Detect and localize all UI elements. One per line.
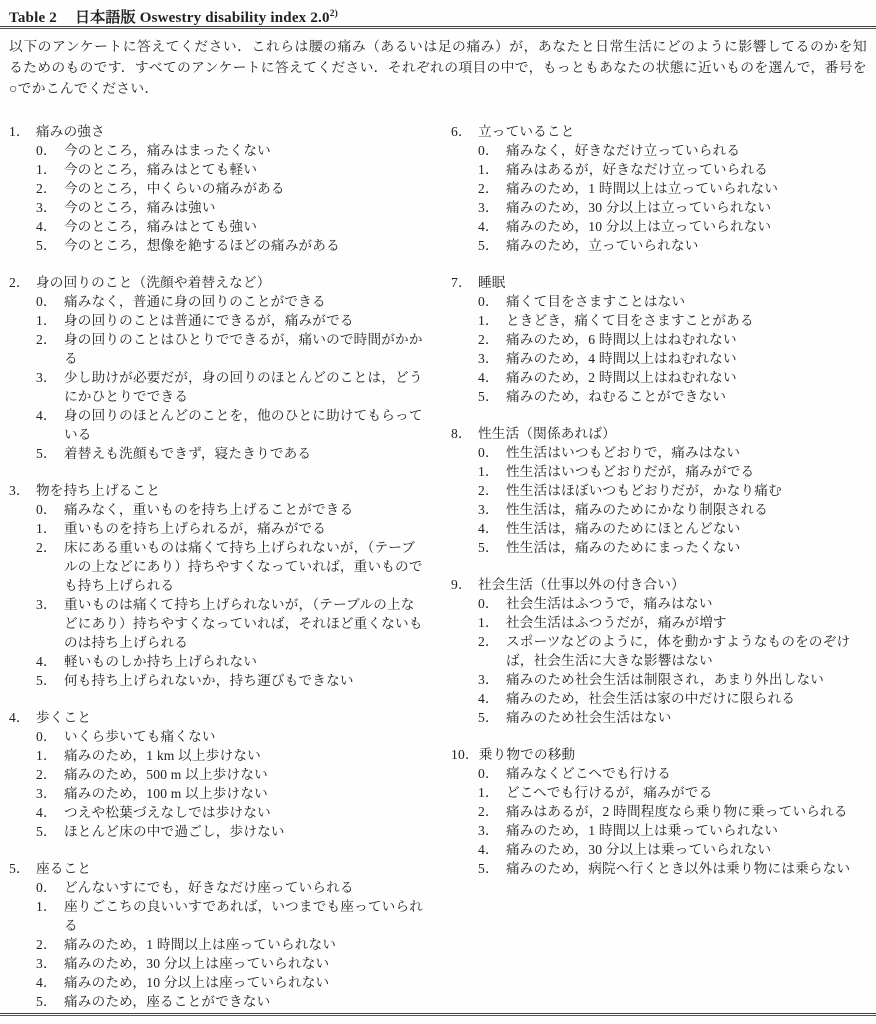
- option-number: 4．: [478, 217, 506, 236]
- option-text: どんないすにでも，好きなだけ座っていられる: [64, 878, 425, 897]
- answer-option: 2．スポーツなどのように，体を動かすようなものをのぞけば，社会生活に大きな影響は…: [451, 632, 867, 670]
- option-number: 3．: [36, 595, 64, 652]
- section-title: 性生活（関係あれば）: [478, 424, 616, 443]
- option-number: 4．: [478, 689, 506, 708]
- option-number: 4．: [478, 840, 506, 859]
- option-number: 0．: [478, 292, 506, 311]
- option-text: 痛みのため，10 分以上は立っていられない: [506, 217, 867, 236]
- option-number: 5．: [36, 671, 64, 690]
- question-section: 9．社会生活（仕事以外の付き合い）0．社会生活はふつうで，痛みはない1．社会生活…: [451, 575, 867, 727]
- option-text: 床にある重いものは痛くて持ち上げられないが，（テーブルの上などにあり）持ちやすく…: [64, 538, 425, 595]
- section-number: 8．: [451, 424, 478, 443]
- option-number: 3．: [478, 670, 506, 689]
- option-text: 痛みはあるが，2 時間程度なら乗り物に乗っていられる: [506, 802, 867, 821]
- answer-option: 3．痛みのため，4 時間以上はねむれない: [451, 349, 867, 368]
- answer-option: 5．何も持ち上げられないか，持ち運びもできない: [9, 671, 425, 690]
- answer-option: 3．痛みのため社会生活は制限され，あまり外出しない: [451, 670, 867, 689]
- answer-option: 0．どんないすにでも，好きなだけ座っていられる: [9, 878, 425, 897]
- option-text: いくら歩いても痛くない: [64, 727, 425, 746]
- answer-option: 1．今のところ，痛みはとても軽い: [9, 160, 425, 179]
- left-column: 1．痛みの強さ0．今のところ，痛みはまったくない1．今のところ，痛みはとても軽い…: [9, 122, 425, 1011]
- option-number: 4．: [478, 368, 506, 387]
- bottom-rule: [0, 1013, 876, 1016]
- section-header: 2．身の回りのこと（洗顔や着替えなど）: [9, 273, 425, 292]
- answer-option: 1．痛みはあるが，好きなだけ立っていられる: [451, 160, 867, 179]
- option-text: スポーツなどのように，体を動かすようなものをのぞけば，社会生活に大きな影響はない: [506, 632, 867, 670]
- option-number: 1．: [36, 160, 64, 179]
- option-number: 1．: [36, 746, 64, 765]
- answer-option: 1．重いものを持ち上げられるが，痛みがでる: [9, 519, 425, 538]
- option-number: 3．: [478, 349, 506, 368]
- option-text: 痛みのため，4 時間以上はねむれない: [506, 349, 867, 368]
- option-text: 今のところ，想像を絶するほどの痛みがある: [64, 236, 425, 255]
- option-text: 痛みなくどこへでも行ける: [506, 764, 867, 783]
- option-text: 痛みのため，1 時間以上は乗っていられない: [506, 821, 867, 840]
- option-number: 1．: [36, 311, 64, 330]
- section-title: 睡眠: [478, 273, 506, 292]
- option-number: 0．: [36, 878, 64, 897]
- option-number: 0．: [36, 727, 64, 746]
- answer-option: 4．性生活は，痛みのためにほとんどない: [451, 519, 867, 538]
- answer-option: 3．痛みのため，30 分以上は立っていられない: [451, 198, 867, 217]
- option-text: 性生活は，痛みのためにほとんどない: [506, 519, 867, 538]
- section-number: 6．: [451, 122, 478, 141]
- section-title: 社会生活（仕事以外の付き合い）: [478, 575, 685, 594]
- option-number: 4．: [36, 973, 64, 992]
- option-number: 5．: [478, 236, 506, 255]
- option-text: 身の回りのことはひとりでできるが，痛いので時間がかかる: [64, 330, 425, 368]
- option-number: 4．: [478, 519, 506, 538]
- answer-option: 0．痛みなく，普通に身の回りのことができる: [9, 292, 425, 311]
- answer-option: 0．痛みなく，重いものを持ち上げることができる: [9, 500, 425, 519]
- option-number: 3．: [478, 198, 506, 217]
- option-text: 痛みのため社会生活はない: [506, 708, 867, 727]
- question-section: 7．睡眠0．痛くて目をさますことはない1．ときどき，痛くて目をさますことがある2…: [451, 273, 867, 406]
- answer-option: 5．痛みのため，座ることができない: [9, 992, 425, 1011]
- answer-option: 0．痛くて目をさますことはない: [451, 292, 867, 311]
- option-text: 今のところ，中くらいの痛みがある: [64, 179, 425, 198]
- answer-option: 0．性生活はいつもどおりで，痛みはない: [451, 443, 867, 462]
- answer-option: 2．身の回りのことはひとりでできるが，痛いので時間がかかる: [9, 330, 425, 368]
- question-section: 10．乗り物での移動0．痛みなくどこへでも行ける1．どこへでも行けるが，痛みがで…: [451, 745, 867, 878]
- option-text: 今のところ，痛みは強い: [64, 198, 425, 217]
- paper-table-page: Table 2日本語版 Oswestry disability index 2.…: [0, 0, 876, 1024]
- section-number: 5．: [9, 859, 36, 878]
- option-number: 1．: [36, 519, 64, 538]
- option-number: 5．: [36, 992, 64, 1011]
- answer-option: 4．つえや松葉づえなしでは歩けない: [9, 803, 425, 822]
- option-number: 2．: [478, 179, 506, 198]
- section-title: 歩くこと: [36, 708, 91, 727]
- answer-option: 2．痛みのため，500 m 以上歩けない: [9, 765, 425, 784]
- option-number: 1．: [36, 897, 64, 935]
- question-section: 6．立っていること0．痛みなく，好きなだけ立っていられる1．痛みはあるが，好きな…: [451, 122, 867, 255]
- option-text: 身の回りのほとんどのことを，他のひとに助けてもらっている: [64, 406, 425, 444]
- answer-option: 2．床にある重いものは痛くて持ち上げられないが，（テーブルの上などにあり）持ちや…: [9, 538, 425, 595]
- section-header: 5．座ること: [9, 859, 425, 878]
- option-text: 重いものは痛くて持ち上げられないが，（テーブルの上などにあり）持ちやすくなってい…: [64, 595, 425, 652]
- option-text: つえや松葉づえなしでは歩けない: [64, 803, 425, 822]
- option-number: 2．: [36, 765, 64, 784]
- section-number: 3．: [9, 481, 36, 500]
- section-title: 物を持ち上げること: [36, 481, 160, 500]
- option-text: 社会生活はふつうで，痛みはない: [506, 594, 867, 613]
- option-number: 1．: [478, 783, 506, 802]
- option-text: 何も持ち上げられないか，持ち運びもできない: [64, 671, 425, 690]
- option-number: 2．: [36, 330, 64, 368]
- option-text: 性生活はいつもどおりで，痛みはない: [506, 443, 867, 462]
- option-text: 痛みのため，30 分以上は乗っていられない: [506, 840, 867, 859]
- answer-option: 5．痛みのため，立っていられない: [451, 236, 867, 255]
- option-number: 0．: [478, 443, 506, 462]
- section-number: 7．: [451, 273, 478, 292]
- option-number: 3．: [36, 368, 64, 406]
- table-caption: Table 2日本語版 Oswestry disability index 2.…: [9, 0, 867, 26]
- answer-option: 4．痛みのため，2 時間以上はねむれない: [451, 368, 867, 387]
- answer-option: 3．今のところ，痛みは強い: [9, 198, 425, 217]
- option-text: 着替えも洗顔もできず，寝たきりである: [64, 444, 425, 463]
- option-number: 2．: [36, 538, 64, 595]
- answer-option: 4．痛みのため，10 分以上は座っていられない: [9, 973, 425, 992]
- option-number: 5．: [478, 387, 506, 406]
- section-header: 1．痛みの強さ: [9, 122, 425, 141]
- answer-option: 5．ほとんど床の中で過ごし，歩けない: [9, 822, 425, 841]
- option-number: 1．: [478, 462, 506, 481]
- option-text: 今のところ，痛みはとても軽い: [64, 160, 425, 179]
- option-text: 痛みのため，2 時間以上はねむれない: [506, 368, 867, 387]
- section-number: 2．: [9, 273, 36, 292]
- answer-option: 4．痛みのため，10 分以上は立っていられない: [451, 217, 867, 236]
- option-number: 1．: [478, 160, 506, 179]
- answer-option: 1．座りごこちの良いいすであれば，いつまでも座っていられる: [9, 897, 425, 935]
- question-section: 5．座ること0．どんないすにでも，好きなだけ座っていられる1．座りごこちの良いい…: [9, 859, 425, 1011]
- answer-option: 2．痛みのため，6 時間以上はねむれない: [451, 330, 867, 349]
- option-text: ときどき，痛くて目をさますことがある: [506, 311, 867, 330]
- answer-option: 0．今のところ，痛みはまったくない: [9, 141, 425, 160]
- section-header: 3．物を持ち上げること: [9, 481, 425, 500]
- intro-paragraph: 以下のアンケートに答えてください．これらは腰の痛み（あるいは足の痛み）が，あなた…: [9, 36, 867, 99]
- option-text: 痛みのため，ねむることができない: [506, 387, 867, 406]
- option-text: 今のところ，痛みはまったくない: [64, 141, 425, 160]
- option-number: 3．: [478, 500, 506, 519]
- answer-option: 5．着替えも洗顔もできず，寝たきりである: [9, 444, 425, 463]
- option-text: 性生活はいつもどおりだが，痛みがでる: [506, 462, 867, 481]
- section-title: 立っていること: [478, 122, 575, 141]
- option-number: 4．: [36, 406, 64, 444]
- option-text: 性生活は，痛みのためにまったくない: [506, 538, 867, 557]
- section-header: 9．社会生活（仕事以外の付き合い）: [451, 575, 867, 594]
- option-number: 0．: [36, 141, 64, 160]
- option-text: 痛みのため，1 時間以上は座っていられない: [64, 935, 425, 954]
- answer-option: 2．痛みのため，1 時間以上は立っていられない: [451, 179, 867, 198]
- section-number: 4．: [9, 708, 36, 727]
- option-number: 5．: [36, 236, 64, 255]
- section-header: 7．睡眠: [451, 273, 867, 292]
- option-text: ほとんど床の中で過ごし，歩けない: [64, 822, 425, 841]
- option-number: 5．: [478, 708, 506, 727]
- option-text: 痛みはあるが，好きなだけ立っていられる: [506, 160, 867, 179]
- section-title: 座ること: [36, 859, 91, 878]
- option-number: 5．: [478, 859, 506, 878]
- option-number: 1．: [478, 613, 506, 632]
- answer-option: 5．痛みのため社会生活はない: [451, 708, 867, 727]
- answer-option: 0．痛みなく，好きなだけ立っていられる: [451, 141, 867, 160]
- option-text: 重いものを持ち上げられるが，痛みがでる: [64, 519, 425, 538]
- option-number: 0．: [36, 292, 64, 311]
- section-header: 8．性生活（関係あれば）: [451, 424, 867, 443]
- option-text: 身の回りのことは普通にできるが，痛みがでる: [64, 311, 425, 330]
- option-text: 今のところ，痛みはとても強い: [64, 217, 425, 236]
- answer-option: 1．性生活はいつもどおりだが，痛みがでる: [451, 462, 867, 481]
- section-title: 乗り物での移動: [479, 745, 576, 764]
- option-text: 性生活はほぼいつもどおりだが，かなり痛む: [506, 481, 867, 500]
- option-number: 5．: [36, 444, 64, 463]
- section-number: 10．: [451, 745, 479, 764]
- answer-option: 0．社会生活はふつうで，痛みはない: [451, 594, 867, 613]
- option-text: 痛みのため，立っていられない: [506, 236, 867, 255]
- answer-option: 2．痛みはあるが，2 時間程度なら乗り物に乗っていられる: [451, 802, 867, 821]
- option-number: 2．: [478, 481, 506, 500]
- answer-option: 4．軽いものしか持ち上げられない: [9, 652, 425, 671]
- answer-option: 3．痛みのため，1 時間以上は乗っていられない: [451, 821, 867, 840]
- answer-option: 1．ときどき，痛くて目をさますことがある: [451, 311, 867, 330]
- option-number: 2．: [478, 330, 506, 349]
- answer-option: 1．身の回りのことは普通にできるが，痛みがでる: [9, 311, 425, 330]
- section-header: 4．歩くこと: [9, 708, 425, 727]
- reference-mark: 2): [330, 9, 338, 19]
- option-number: 2．: [36, 935, 64, 954]
- answer-option: 0．痛みなくどこへでも行ける: [451, 764, 867, 783]
- option-number: 2．: [478, 632, 506, 670]
- table-number-label: Table 2: [9, 10, 57, 26]
- answer-option: 4．今のところ，痛みはとても強い: [9, 217, 425, 236]
- option-number: 3．: [478, 821, 506, 840]
- option-text: 痛みのため，6 時間以上はねむれない: [506, 330, 867, 349]
- answer-option: 5．痛みのため，ねむることができない: [451, 387, 867, 406]
- section-number: 1．: [9, 122, 36, 141]
- question-section: 3．物を持ち上げること0．痛みなく，重いものを持ち上げることができる1．重いもの…: [9, 481, 425, 690]
- section-title: 痛みの強さ: [36, 122, 105, 141]
- section-header: 10．乗り物での移動: [451, 745, 867, 764]
- option-number: 0．: [478, 141, 506, 160]
- answer-option: 5．今のところ，想像を絶するほどの痛みがある: [9, 236, 425, 255]
- answer-option: 3．少し助けが必要だが，身の回りのほとんどのことは，どうにかひとりでできる: [9, 368, 425, 406]
- option-text: 軽いものしか持ち上げられない: [64, 652, 425, 671]
- option-number: 3．: [36, 784, 64, 803]
- answer-option: 2．性生活はほぼいつもどおりだが，かなり痛む: [451, 481, 867, 500]
- option-text: 痛くて目をさますことはない: [506, 292, 867, 311]
- option-text: 座りごこちの良いいすであれば，いつまでも座っていられる: [64, 897, 425, 935]
- section-header: 6．立っていること: [451, 122, 867, 141]
- option-number: 2．: [36, 179, 64, 198]
- question-section: 4．歩くこと0．いくら歩いても痛くない1．痛みのため，1 km 以上歩けない2．…: [9, 708, 425, 841]
- answer-option: 3．性生活は，痛みのためにかなり制限される: [451, 500, 867, 519]
- option-text: 痛みのため，病院へ行くとき以外は乗り物には乗らない: [506, 859, 867, 878]
- answer-option: 1．どこへでも行けるが，痛みがでる: [451, 783, 867, 802]
- option-text: 痛みなく，好きなだけ立っていられる: [506, 141, 867, 160]
- option-number: 4．: [36, 652, 64, 671]
- option-number: 0．: [478, 764, 506, 783]
- answer-option: 5．性生活は，痛みのためにまったくない: [451, 538, 867, 557]
- option-text: 痛みのため，座ることができない: [64, 992, 425, 1011]
- option-text: 痛みのため，1 km 以上歩けない: [64, 746, 425, 765]
- option-number: 3．: [36, 954, 64, 973]
- option-text: 社会生活はふつうだが，痛みが増す: [506, 613, 867, 632]
- answer-option: 4．痛みのため，社会生活は家の中だけに限られる: [451, 689, 867, 708]
- option-text: 痛みなく，重いものを持ち上げることができる: [64, 500, 425, 519]
- option-text: 少し助けが必要だが，身の回りのほとんどのことは，どうにかひとりでできる: [64, 368, 425, 406]
- answer-option: 4．痛みのため，30 分以上は乗っていられない: [451, 840, 867, 859]
- answer-option: 2．今のところ，中くらいの痛みがある: [9, 179, 425, 198]
- answer-option: 1．痛みのため，1 km 以上歩けない: [9, 746, 425, 765]
- option-text: どこへでも行けるが，痛みがでる: [506, 783, 867, 802]
- answer-option: 4．身の回りのほとんどのことを，他のひとに助けてもらっている: [9, 406, 425, 444]
- option-number: 5．: [478, 538, 506, 557]
- option-text: 痛みのため，10 分以上は座っていられない: [64, 973, 425, 992]
- answer-option: 3．重いものは痛くて持ち上げられないが，（テーブルの上などにあり）持ちやすくなっ…: [9, 595, 425, 652]
- table-title: 日本語版 Oswestry disability index 2.0: [75, 10, 330, 26]
- right-column: 6．立っていること0．痛みなく，好きなだけ立っていられる1．痛みはあるが，好きな…: [451, 122, 867, 1011]
- section-title: 身の回りのこと（洗顔や着替えなど）: [36, 273, 271, 292]
- questionnaire-columns: 1．痛みの強さ0．今のところ，痛みはまったくない1．今のところ，痛みはとても軽い…: [9, 122, 867, 1011]
- option-number: 0．: [478, 594, 506, 613]
- answer-option: 3．痛みのため，100 m 以上歩けない: [9, 784, 425, 803]
- option-text: 性生活は，痛みのためにかなり制限される: [506, 500, 867, 519]
- question-section: 2．身の回りのこと（洗顔や着替えなど）0．痛みなく，普通に身の回りのことができる…: [9, 273, 425, 463]
- option-text: 痛みのため社会生活は制限され，あまり外出しない: [506, 670, 867, 689]
- option-text: 痛みのため，30 分以上は立っていられない: [506, 198, 867, 217]
- option-number: 3．: [36, 198, 64, 217]
- section-number: 9．: [451, 575, 478, 594]
- option-number: 0．: [36, 500, 64, 519]
- answer-option: 1．社会生活はふつうだが，痛みが増す: [451, 613, 867, 632]
- option-number: 5．: [36, 822, 64, 841]
- option-text: 痛みのため，1 時間以上は立っていられない: [506, 179, 867, 198]
- answer-option: 2．痛みのため，1 時間以上は座っていられない: [9, 935, 425, 954]
- option-text: 痛みのため，30 分以上は座っていられない: [64, 954, 425, 973]
- question-section: 1．痛みの強さ0．今のところ，痛みはまったくない1．今のところ，痛みはとても軽い…: [9, 122, 425, 255]
- answer-option: 0．いくら歩いても痛くない: [9, 727, 425, 746]
- option-number: 1．: [478, 311, 506, 330]
- option-text: 痛みなく，普通に身の回りのことができる: [64, 292, 425, 311]
- option-text: 痛みのため，100 m 以上歩けない: [64, 784, 425, 803]
- option-number: 4．: [36, 803, 64, 822]
- option-text: 痛みのため，500 m 以上歩けない: [64, 765, 425, 784]
- option-number: 2．: [478, 802, 506, 821]
- answer-option: 5．痛みのため，病院へ行くとき以外は乗り物には乗らない: [451, 859, 867, 878]
- option-text: 痛みのため，社会生活は家の中だけに限られる: [506, 689, 867, 708]
- question-section: 8．性生活（関係あれば）0．性生活はいつもどおりで，痛みはない1．性生活はいつも…: [451, 424, 867, 557]
- answer-option: 3．痛みのため，30 分以上は座っていられない: [9, 954, 425, 973]
- option-number: 4．: [36, 217, 64, 236]
